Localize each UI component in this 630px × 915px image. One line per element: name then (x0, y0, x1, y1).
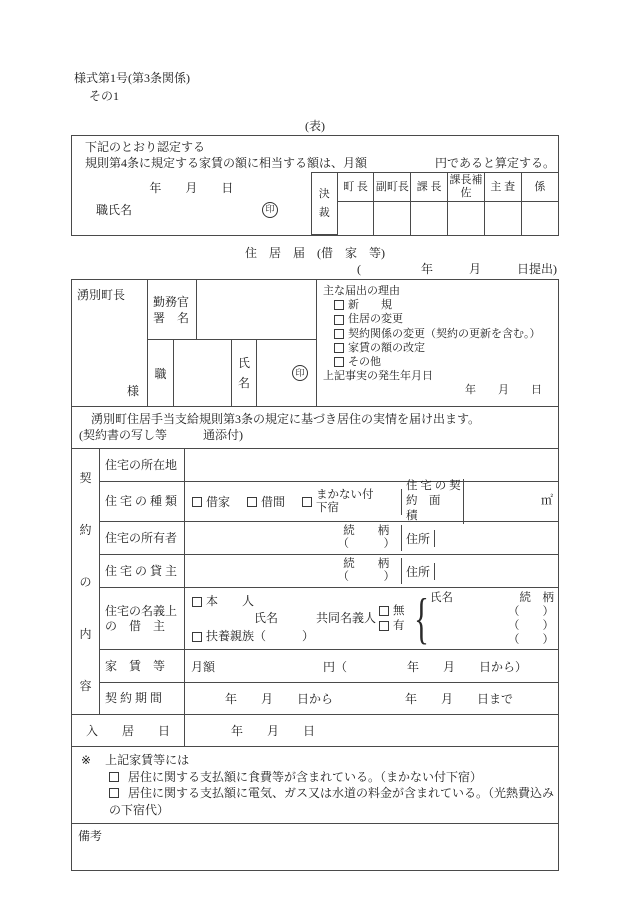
joint-holder-list: 氏名 続 柄 （ ） （ ） （ ） (428, 588, 558, 649)
certification-box: 下記のとおり認定する 規則第4条に規定する家賃の額に相当する額は、月額 円である… (71, 135, 559, 236)
joint-relation-paren: （ ） (428, 605, 554, 619)
note-title: 上記家賃等には (105, 752, 189, 769)
checkbox-icon (334, 329, 344, 339)
signer-label: 職氏名 (96, 201, 132, 218)
declaration-line1: 湧別町住居手当支給規則第3条の規定に基づき居住の実情を届け出ます。 (79, 411, 556, 427)
checkbox-icon (334, 343, 344, 353)
page-side-label: (表) (71, 119, 559, 133)
applicant-section: 湧別町長 様 勤務官 署 名 職 氏名 (72, 280, 558, 406)
lessee-options: 本 人 氏名 共同名義人 扶養親族（ ） (185, 589, 379, 649)
contract-area-field: ㎡ (464, 491, 558, 513)
row-nominal-lessee: 住宅の名義上 の 借 主 本 人 氏名 共同名義人 扶養親族（ ） (100, 587, 558, 649)
option-dependent: 扶養親族（ ） (192, 628, 379, 646)
joint-holder-label: 共同名義人 (316, 610, 376, 628)
declaration-line2: (契約書の写し等 通添付) (79, 427, 556, 443)
checkbox-icon (334, 357, 344, 367)
addressee-name: 湧別町長 (77, 286, 144, 303)
occurrence-date-field: 年 月 日 (323, 383, 556, 397)
row-house-lessor: 住 宅 の 貸 主 続 柄 （ ） 住所 (100, 554, 558, 587)
reason-item-rent-revision: 家賃の額の改定 (323, 341, 556, 355)
movein-section: 入 居 日 年 月 日 (72, 714, 558, 746)
approval-stamp-table: 決裁 町 長 副町長 課 長 課長補佐 主 査 係 (311, 172, 558, 235)
approval-col-section-chief: 課 長 (411, 173, 448, 202)
row-house-type: 住 宅 の 種 類 借家 借間 まかない付下宿 住 宅 の 契 約 面 積 (100, 481, 558, 521)
approval-stamp-cell (374, 202, 411, 235)
house-location-field (185, 449, 558, 481)
seal-icon: 印 (262, 202, 278, 218)
contract-area-label: 住 宅 の 契 約 面 積 (402, 479, 464, 524)
rent-field: 月額 円（ 年 月 日から） (185, 650, 558, 682)
approval-col-mayor: 町 長 (337, 173, 374, 202)
reason-item-change-residence: 住居の変更 (323, 312, 556, 326)
row-house-owner: 住宅の所有者 続 柄 （ ） 住所 (100, 521, 558, 554)
approval-col-assistant-chief: 課長補佐 (448, 173, 485, 202)
declaration-section: 湧別町住居手当支給規則第3条の規定に基づき居住の実情を届け出ます。 (契約書の写… (72, 406, 558, 448)
contract-period-label: 契 約 期 間 (100, 683, 185, 714)
brace-icon: { (418, 587, 425, 651)
approval-stamp-cell (448, 202, 485, 235)
approval-col-staff: 係 (521, 173, 558, 202)
row-house-location: 住宅の所在地 (100, 449, 558, 481)
rent-notes-section: ※ 上記家賃等には 居住に関する支払額に食費等が含まれている。（まかない付下宿）… (72, 746, 558, 823)
checkbox-icon (192, 632, 202, 642)
option-none: 無 (379, 604, 415, 619)
submit-date-line: ( 年 月 日提出) (71, 262, 557, 277)
approval-col-chief-examiner: 主 査 (484, 173, 521, 202)
checkbox-icon (334, 300, 344, 310)
joint-relation-paren: （ ） (428, 633, 554, 647)
checkbox-icon (379, 606, 389, 616)
joint-name-header: 氏名 (430, 591, 453, 605)
certify-line1: 下記のとおり認定する (72, 136, 558, 155)
note-item-meals: 居住に関する支払額に食費等が含まれている。（まかない付下宿） (81, 769, 554, 786)
lessor-address-label: 住所 (402, 563, 435, 580)
movein-date-label: 入 居 日 (72, 715, 185, 746)
house-lessor-label: 住 宅 の 貸 主 (100, 555, 185, 587)
rent-label: 家 賃 等 (100, 650, 185, 682)
honorific-label: 様 (127, 382, 139, 399)
joint-relation-paren: （ ） (428, 619, 554, 633)
checkbox-icon (379, 621, 389, 631)
nominal-lessee-label: 住宅の名義上 の 借 主 (100, 588, 185, 649)
form-sub-number: その1 (89, 89, 559, 104)
reason-title: 主な届出の理由 (323, 284, 556, 298)
house-type-label: 住 宅 の 種 類 (100, 482, 185, 521)
checkbox-icon (247, 497, 257, 507)
house-owner-label: 住宅の所有者 (100, 522, 185, 554)
approval-stamp-cell (484, 202, 521, 235)
note-item-utilities: 居住に関する支払額に電気、ガス又は水道の料金が含まれている。（光熱費込みの下宿代… (81, 785, 554, 818)
row-rent: 家 賃 等 月額 円（ 年 月 日から） (100, 649, 558, 682)
certify-line2-pre: 規則第4条に規定する家賃の額に相当する額は、月額 (85, 156, 367, 171)
certify-line2-post: 円であると算定する。 (435, 156, 555, 171)
position-label: 職 (148, 340, 174, 406)
checkbox-icon (192, 497, 202, 507)
owner-relation-label: 続 柄 （ ） (338, 525, 402, 551)
contract-side-label: 契約の内容 (72, 449, 100, 714)
reason-item-other: その他 (323, 355, 556, 369)
remarks-section: 備考 (72, 823, 558, 870)
row-contract-period: 契 約 期 間 年 月 日から 年 月 日まで (100, 682, 558, 714)
lessee-name-label: 氏名 (254, 610, 278, 628)
note-marker: ※ (81, 752, 91, 769)
contract-details-section: 契約の内容 住宅の所在地 住 宅 の 種 類 借家 借間 まかない付下宿 (72, 448, 558, 714)
name-field: 印 (257, 340, 316, 406)
checkbox-icon (109, 772, 119, 782)
option-self: 本 人 (192, 593, 379, 611)
office-name-field (197, 280, 316, 339)
notification-reason-cell: 主な届出の理由 新 規 住居の変更 契約関係の変更（契約の更新を含む。） 家賃の… (317, 280, 558, 406)
owner-address-label: 住所 (402, 530, 435, 547)
option-exists: 有 (379, 619, 415, 634)
lessor-name-field: 続 柄 （ ） (185, 558, 402, 584)
house-location-label: 住宅の所在地 (100, 449, 185, 481)
house-type-options: 借家 借間 まかない付下宿 (185, 489, 402, 515)
option-boarding-house: まかない付下宿 (302, 489, 374, 515)
form-page: 様式第1号(第3条関係) その1 (表) 下記のとおり認定する 規則第4条に規定… (0, 0, 630, 915)
joint-relation-header: 続 柄 (520, 591, 555, 605)
joint-holder-existence: 無 有 (379, 604, 415, 634)
checkbox-icon (302, 497, 312, 507)
checkbox-icon (109, 788, 119, 798)
form-number: 様式第1号(第3条関係) (74, 71, 559, 86)
certify-date-line: 年 月 日 (72, 179, 311, 196)
addressee-cell: 湧別町長 様 (72, 280, 148, 406)
checkbox-icon (192, 597, 202, 607)
square-meter-unit: ㎡ (541, 491, 553, 508)
lessor-relation-label: 続 柄 （ ） (338, 558, 402, 584)
option-rented-house: 借家 (192, 493, 230, 510)
name-label: 氏名 (232, 340, 257, 406)
main-form-box: 湧別町長 様 勤務官 署 名 職 氏名 (71, 279, 559, 871)
occurrence-date-label: 上記事実の発生年月日 (323, 369, 556, 383)
office-name-label: 勤務官 署 名 (148, 280, 197, 339)
approval-stamp-cell (337, 202, 374, 235)
option-rented-room: 借間 (247, 493, 285, 510)
document-title: 住 居 届 (借 家 等) (71, 245, 559, 261)
owner-name-field: 続 柄 （ ） (185, 525, 402, 551)
remarks-label: 備考 (78, 827, 552, 844)
seal-icon: 印 (292, 365, 308, 381)
reason-item-change-contract: 契約関係の変更（契約の更新を含む。） (323, 327, 556, 341)
checkbox-icon (334, 315, 344, 325)
approval-col-deputy-mayor: 副町長 (374, 173, 411, 202)
movein-date-field: 年 月 日 (185, 715, 558, 746)
approval-stamp-cell (411, 202, 448, 235)
position-field (174, 340, 232, 406)
approval-stamp-cell (521, 202, 558, 235)
approval-label-cell: 決裁 (311, 173, 337, 235)
reason-item-new: 新 規 (323, 298, 556, 312)
contract-period-field: 年 月 日から 年 月 日まで (185, 683, 558, 714)
